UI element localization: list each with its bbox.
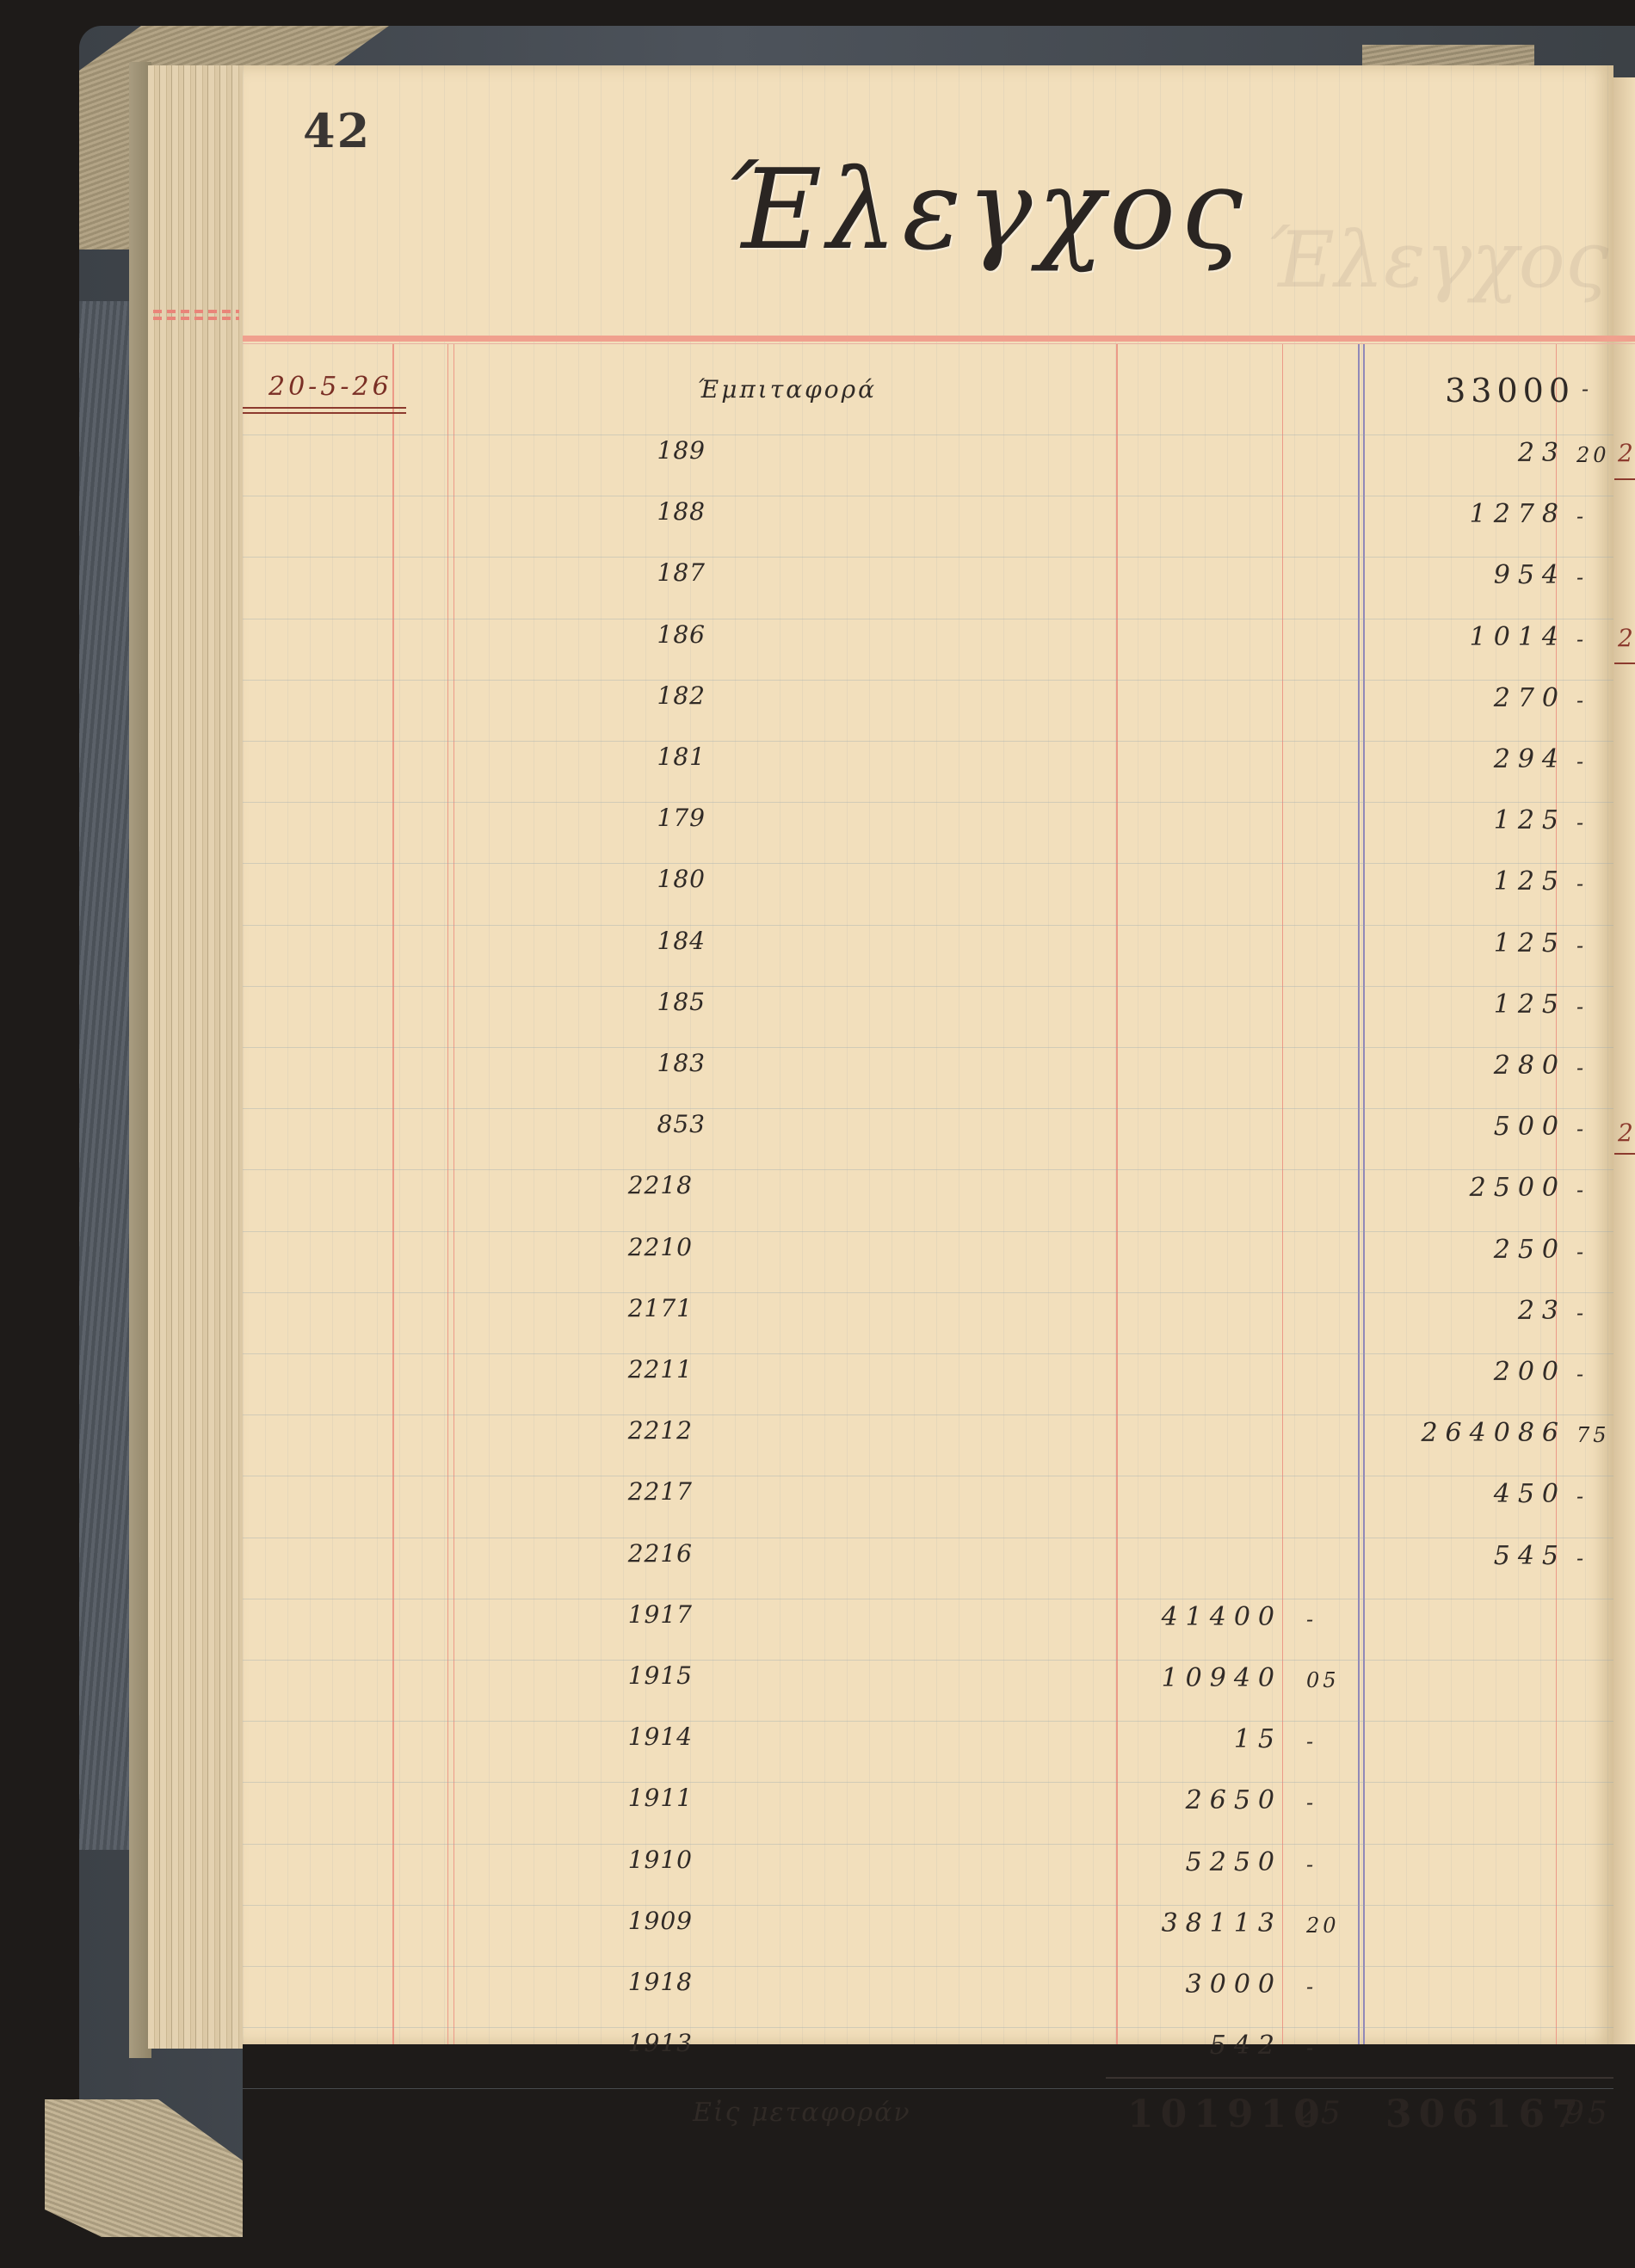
credit-amount: 270 xyxy=(1368,683,1566,713)
row-guide-line xyxy=(243,802,1613,803)
next-page-mark: 2 xyxy=(1618,1119,1633,1147)
entry-reference: 179 xyxy=(602,804,706,832)
header-rule-thin xyxy=(243,343,1635,344)
credit-decimals: 20 xyxy=(1576,443,1610,467)
credit-decimals: - xyxy=(1576,995,1587,1019)
credit-decimals: - xyxy=(1576,1178,1587,1202)
credit-amount: 264086 xyxy=(1368,1418,1566,1448)
debit-amount: 10940 xyxy=(1119,1663,1282,1693)
debit-amount: 3000 xyxy=(1119,1969,1282,2000)
debit-amount: 41400 xyxy=(1119,1602,1282,1632)
credit-decimals: - xyxy=(1576,1056,1587,1080)
debit-total-decimals: 25 xyxy=(1298,2096,1344,2131)
row-guide-line xyxy=(243,1108,1613,1109)
debit-column-rule xyxy=(1116,344,1118,2044)
debit-decimals: - xyxy=(1306,2036,1317,2060)
credit-decimals: - xyxy=(1576,1484,1587,1508)
opening-balance-amount: 33000 xyxy=(1377,372,1575,410)
entry-reference: 1910 xyxy=(589,1846,693,1874)
credit-amount: 125 xyxy=(1368,989,1566,1020)
entry-reference: 180 xyxy=(602,865,706,893)
debit-total: 101910 xyxy=(1127,2092,1275,2136)
debit-amount: 542 xyxy=(1119,2031,1282,2061)
credit-amount: 954 xyxy=(1368,560,1566,590)
page-stack-mark xyxy=(153,317,239,320)
entry-reference: 853 xyxy=(602,1110,706,1138)
page-title: Έλεγχος xyxy=(723,146,1248,274)
credit-amount: 125 xyxy=(1368,866,1566,897)
credit-amount: 500 xyxy=(1368,1112,1566,1142)
row-guide-line xyxy=(243,925,1613,926)
entry-reference: 2217 xyxy=(589,1477,693,1506)
credit-total: 306167 xyxy=(1385,2092,1549,2136)
carried-forward-label: Έμπιταφορά xyxy=(697,375,877,404)
debit-amount: 15 xyxy=(1119,1724,1282,1754)
credit-column-rule-2 xyxy=(1363,344,1365,2044)
row-guide-line xyxy=(243,1292,1613,1293)
credit-amount: 125 xyxy=(1368,805,1566,835)
entry-reference: 185 xyxy=(602,988,706,1016)
credit-amount: 545 xyxy=(1368,1541,1566,1571)
credit-decimals: - xyxy=(1576,627,1587,651)
credit-decimals: - xyxy=(1576,1301,1587,1325)
entry-reference: 187 xyxy=(602,558,706,587)
credit-amount: 1014 xyxy=(1368,622,1566,652)
entry-reference: 2210 xyxy=(589,1233,693,1261)
carried-forward-footer: Εἰς μεταφοράν xyxy=(693,2098,911,2128)
credit-decimals: - xyxy=(1576,872,1587,896)
credit-decimals: 75 xyxy=(1576,1423,1610,1447)
debit-amount: 2650 xyxy=(1119,1785,1282,1815)
credit-amount: 1278 xyxy=(1368,499,1566,529)
debit-decimals-rule xyxy=(1282,344,1283,2044)
row-guide-line xyxy=(243,1414,1613,1415)
row-guide-line xyxy=(243,1782,1613,1783)
page-number: 42 xyxy=(303,103,371,158)
row-guide-line xyxy=(243,1353,1613,1354)
credit-decimals: - xyxy=(1576,1117,1587,1141)
date-column-rule xyxy=(392,344,394,2044)
credit-amount: 2500 xyxy=(1368,1173,1566,1203)
row-guide-line xyxy=(243,496,1613,496)
debit-decimals: - xyxy=(1306,1790,1317,1815)
entry-reference: 1917 xyxy=(589,1600,693,1629)
credit-decimals: - xyxy=(1576,1240,1587,1264)
date-underline xyxy=(243,412,406,414)
entry-date: 20-5-26 xyxy=(268,372,392,402)
credit-amount: 294 xyxy=(1368,744,1566,774)
credit-amount: 200 xyxy=(1368,1357,1566,1387)
debit-amount: 5250 xyxy=(1119,1847,1282,1877)
row-guide-line xyxy=(243,434,1613,435)
credit-amount: 280 xyxy=(1368,1051,1566,1081)
credit-decimals: - xyxy=(1576,810,1587,835)
entry-reference: 189 xyxy=(602,436,706,465)
entry-reference: 184 xyxy=(602,927,706,955)
row-guide-line xyxy=(243,1721,1613,1722)
entry-reference: 2211 xyxy=(589,1355,693,1384)
row-guide-line xyxy=(243,1231,1613,1232)
row-guide-line xyxy=(243,619,1613,619)
description-column-rule xyxy=(447,344,448,2044)
row-guide-line xyxy=(243,1844,1613,1845)
row-guide-line xyxy=(243,2088,1613,2089)
next-page-underline xyxy=(1614,478,1635,480)
row-guide-line xyxy=(243,2027,1613,2028)
credit-amount: 125 xyxy=(1368,928,1566,958)
credit-amount: 450 xyxy=(1368,1479,1566,1509)
credit-total-decimals: 95 xyxy=(1564,2096,1611,2131)
row-guide-line xyxy=(243,741,1613,742)
page-stack-edge xyxy=(148,65,243,2049)
next-page-edge xyxy=(1613,77,1635,2056)
entry-reference: 1918 xyxy=(589,1968,693,1996)
description-column-rule-2 xyxy=(453,344,454,2044)
entry-reference: 2216 xyxy=(589,1539,693,1568)
credit-decimals: - xyxy=(1576,934,1587,958)
debit-decimals: - xyxy=(1306,1852,1317,1877)
credit-amount: 23 xyxy=(1368,438,1566,468)
debit-decimals: - xyxy=(1306,1729,1317,1753)
credit-amount: 23 xyxy=(1368,1296,1566,1326)
entry-reference: 1913 xyxy=(589,2029,693,2057)
row-guide-line xyxy=(243,1966,1613,1967)
cover-cloth-left xyxy=(79,301,131,1850)
next-page-underline xyxy=(1614,663,1635,664)
credit-decimals: - xyxy=(1576,688,1587,712)
opening-balance-decimals: - xyxy=(1582,377,1592,401)
row-guide-line xyxy=(243,1660,1613,1661)
entry-reference: 183 xyxy=(602,1049,706,1077)
debit-decimals: 05 xyxy=(1306,1668,1340,1692)
credit-amount: 250 xyxy=(1368,1235,1566,1265)
entry-reference: 1911 xyxy=(589,1784,693,1812)
credit-decimals: - xyxy=(1576,1546,1587,1570)
debit-decimals: 20 xyxy=(1306,1914,1340,1938)
entry-reference: 181 xyxy=(602,743,706,771)
next-page-underline xyxy=(1614,1153,1635,1155)
row-guide-line xyxy=(243,1538,1613,1538)
row-guide-line xyxy=(243,1476,1613,1476)
row-guide-line xyxy=(243,557,1613,558)
entry-reference: 188 xyxy=(602,497,706,526)
next-page-mark: 2 xyxy=(1618,439,1633,467)
entry-reference: 2212 xyxy=(589,1416,693,1445)
entry-reference: 1909 xyxy=(589,1907,693,1935)
row-guide-line xyxy=(243,1047,1613,1048)
page-stack-mark xyxy=(153,310,239,313)
entry-reference: 2218 xyxy=(589,1171,693,1199)
entry-reference: 1915 xyxy=(589,1661,693,1690)
entry-reference: 182 xyxy=(602,681,706,710)
row-guide-line xyxy=(243,1169,1613,1170)
credit-decimals: - xyxy=(1576,749,1587,773)
row-guide-line xyxy=(243,863,1613,864)
credit-decimals: - xyxy=(1576,565,1587,589)
entry-reference: 2171 xyxy=(589,1294,693,1322)
totals-rule xyxy=(1106,2077,1613,2079)
row-guide-line xyxy=(243,986,1613,987)
row-guide-line xyxy=(243,680,1613,681)
date-underline xyxy=(243,407,406,409)
bleed-through-text: Έλεγχος xyxy=(1265,215,1608,305)
debit-decimals: - xyxy=(1306,1607,1317,1631)
entry-reference: 186 xyxy=(602,620,706,649)
header-rule xyxy=(243,336,1635,342)
credit-decimals: - xyxy=(1576,504,1587,528)
entry-reference: 1914 xyxy=(589,1723,693,1751)
debit-decimals: - xyxy=(1306,1975,1317,1999)
debit-amount: 38113 xyxy=(1119,1908,1282,1938)
row-guide-line xyxy=(243,1599,1613,1599)
credit-decimals: - xyxy=(1576,1362,1587,1386)
credit-column-rule xyxy=(1358,344,1360,2044)
row-guide-line xyxy=(243,1905,1613,1906)
next-page-mark: 2 xyxy=(1618,624,1633,652)
